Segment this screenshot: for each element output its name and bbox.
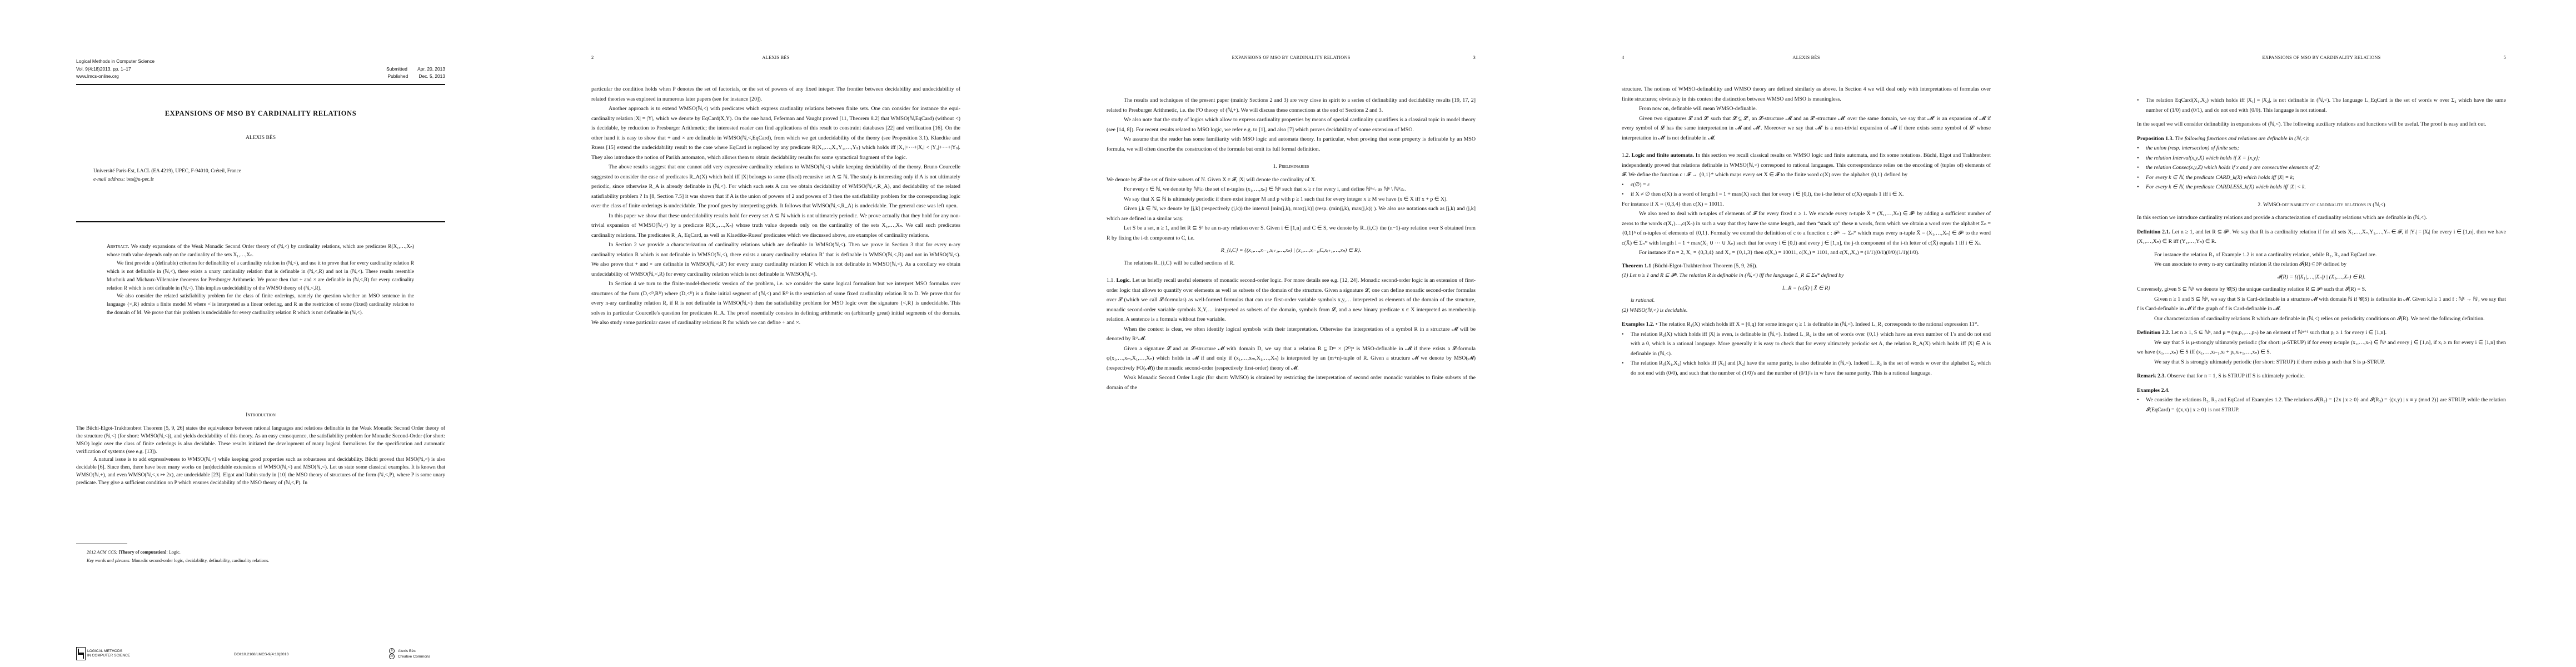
paragraph: We can associate to every n-ary cardinal… bbox=[2137, 260, 2506, 270]
logo-text-line1: LOGICAL METHODS bbox=[87, 649, 130, 654]
definition-text: Let n ≥ 1, S ⊆ ℕⁿ, and μ = (m,p₁,…,pₙ) b… bbox=[2171, 330, 2386, 336]
logo-text-line2: IN COMPUTER SCIENCE bbox=[87, 654, 130, 658]
paragraph: For instance if X = {0,3,4} then c(X) = … bbox=[1622, 200, 1991, 210]
paragraph: Our characterization of cardinality rela… bbox=[2137, 314, 2506, 324]
list-item: c(∅) = ε bbox=[1622, 180, 1991, 190]
paragraph: We denote by 𝓕 the set of finite subsets… bbox=[1107, 175, 1476, 185]
running-head-title: EXPANSIONS OF MSO BY CARDINALITY RELATIO… bbox=[1107, 55, 1476, 60]
lmcs-logo-icon bbox=[76, 647, 86, 660]
paragraph: structure. The notions of WMSO-definabil… bbox=[1622, 84, 1991, 104]
examples-label: Examples 2.4. bbox=[2137, 387, 2169, 394]
copyright-icon: © bbox=[389, 648, 395, 654]
running-head-title: ALEXIS BÈS bbox=[591, 55, 960, 60]
list-item: For every k ∈ ℕ, the predicate CARDLESS_… bbox=[2137, 182, 2506, 192]
body-text: The relation EqCard(X₁,X₂) which holds i… bbox=[2137, 96, 2506, 415]
body-text: Introduction The Büchi-Elgot-Trakhtenbro… bbox=[76, 411, 445, 487]
definition-text: Let n ≥ 1, and let R ⊆ 𝓕ⁿ. We say that R… bbox=[2137, 229, 2506, 245]
paper-title: EXPANSIONS OF MSO BY CARDINALITY RELATIO… bbox=[76, 109, 445, 118]
theorem: Theorem 1.1 (Büchi-Elgot-Trakhtenbrot Th… bbox=[1622, 261, 1991, 271]
remark: Remark 2.3. Observe that for n = 1, S is… bbox=[2137, 371, 2506, 381]
footnote-rule bbox=[76, 544, 127, 544]
paragraph: The above results suggest that one canno… bbox=[591, 162, 960, 211]
acm-value: : Logic. bbox=[166, 550, 180, 555]
theorem-item: is rational. bbox=[1622, 296, 1991, 306]
acm-value-bold: [Theory of computation] bbox=[118, 550, 166, 555]
page-4: 4 ALEXIS BÈS structure. The notions of W… bbox=[1546, 0, 2061, 667]
header-rule bbox=[76, 84, 445, 85]
remark-text: Observe that for n = 1, S is STRUP iff S… bbox=[2167, 373, 2305, 379]
doi[interactable]: DOI:10.2168/LMCS-9(4:18)2013 bbox=[234, 653, 288, 656]
list-item: For every k ∈ ℕ, the predicate CARD_k(X)… bbox=[2137, 173, 2506, 183]
examples: Examples 1.2. • The relation R₁(X) which… bbox=[1622, 320, 1991, 330]
example-item: The relation R₁(X) which holds iff X = [… bbox=[1659, 321, 1979, 327]
paragraph: From now on, definable will mean WMSO-de… bbox=[1622, 104, 1991, 114]
license[interactable]: Creative Commons bbox=[398, 655, 430, 659]
subsection-title: Logic. bbox=[1117, 277, 1131, 283]
definition: Definition 2.1. Let n ≥ 1, and let R ⊆ 𝓕… bbox=[2137, 227, 2506, 247]
section-heading: Introduction bbox=[76, 411, 445, 419]
abstract-paragraph: We study expansions of the Weak Monadic … bbox=[107, 244, 414, 258]
abstract-paragraph: We also consider the related satisfiabil… bbox=[107, 292, 414, 317]
paragraph: We also need to deal with n-tuples of el… bbox=[1622, 209, 1991, 248]
affiliation-rule bbox=[76, 221, 445, 222]
affiliation: Université Paris-Est, LACL (EA 4219), UP… bbox=[93, 167, 241, 175]
body-text: The results and techniques of the presen… bbox=[1107, 96, 1476, 392]
running-head-title: EXPANSIONS OF MSO BY CARDINALITY RELATIO… bbox=[2137, 55, 2506, 60]
definition-label: Definition 2.2. bbox=[2137, 330, 2170, 336]
list-item: the relation Interval(x,y,X) which holds… bbox=[2137, 153, 2506, 163]
paragraph: We say that S is strongly ultimately per… bbox=[2137, 357, 2506, 367]
paragraph: Let S be a set, n ≥ 1, and let R ⊆ Sⁿ be… bbox=[1107, 223, 1476, 243]
page-number: 5 bbox=[2504, 55, 2506, 60]
list-item: the union (resp. intersection) of finite… bbox=[2137, 143, 2506, 153]
page-3: EXPANSIONS OF MSO BY CARDINALITY RELATIO… bbox=[1030, 0, 1546, 667]
subsection-number: 1.2. bbox=[1622, 152, 1630, 158]
paragraph: We also note that the study of logics wh… bbox=[1107, 115, 1476, 135]
paragraph: particular the condition holds when P de… bbox=[591, 84, 960, 104]
section-heading: 2. WMSO-definability of cardinality rela… bbox=[2137, 200, 2506, 210]
paragraph: We say that X ⊆ ℕ is ultimately periodic… bbox=[1107, 195, 1476, 205]
journal-header: Logical Methods in Computer Science Vol.… bbox=[76, 58, 445, 81]
acm-label: 2012 ACM CCS: bbox=[87, 550, 117, 555]
definition: Definition 2.2. Let n ≥ 1, S ⊆ ℕⁿ, and μ… bbox=[2137, 328, 2506, 338]
paragraph: In Section 2 we provide a characterizati… bbox=[591, 240, 960, 279]
paragraph: In this section we introduce cardinality… bbox=[2137, 213, 2506, 223]
paragraph: Given j,k ∈ ℕ, we denote by [j,k] (respe… bbox=[1107, 204, 1476, 223]
proposition-text: The following functions and relations ar… bbox=[2175, 136, 2309, 142]
section-heading: 1. Preliminaries bbox=[1107, 162, 1476, 172]
submitted-date: Apr. 20, 2013 bbox=[417, 66, 445, 72]
published-label: Published bbox=[388, 73, 419, 81]
definition-label: Definition 2.1. bbox=[2137, 229, 2170, 235]
theorem-item: (2) WMSO(ℕ,<) is decidable. bbox=[1622, 306, 1991, 316]
subsection-number: 1.1. bbox=[1107, 277, 1115, 283]
lmcs-logo: LOGICAL METHODSIN COMPUTER SCIENCE bbox=[76, 647, 130, 660]
paragraph: A natural issue is to add expressiveness… bbox=[76, 456, 445, 487]
theorem-equation: L_R = {c(X̄) | X̄ ∈ R} bbox=[1622, 283, 1991, 293]
paragraph: We say that S is μ-strongly ultimately p… bbox=[2137, 338, 2506, 357]
proposition-label: Proposition 1.3. bbox=[2137, 136, 2174, 142]
page-5: EXPANSIONS OF MSO BY CARDINALITY RELATIO… bbox=[2061, 0, 2576, 667]
paragraph: In this paper we show that these undecid… bbox=[591, 211, 960, 241]
footnotes: 2012 ACM CCS: [Theory of computation]: L… bbox=[87, 549, 269, 565]
running-head-title: ALEXIS BÈS bbox=[1622, 55, 1991, 60]
published-date: Dec. 5, 2013 bbox=[419, 73, 446, 79]
subsection: 1.1. Logic. Let us briefly recall useful… bbox=[1107, 276, 1476, 325]
paragraph: The relations R_{i,C} will be called sec… bbox=[1107, 258, 1476, 268]
paragraph: Given n ≥ 1 and S ⊆ ℕⁿ, we say that S is… bbox=[2137, 295, 2506, 314]
copyright-holder: Alexis Bès bbox=[398, 649, 416, 653]
paragraph: Given a signature 𝓛 and an 𝓛-structure 𝓜… bbox=[1107, 344, 1476, 374]
keywords: Monadic second-order logic, decidability… bbox=[132, 558, 269, 563]
example-item: The relation R₃(X₁,X₂) which holds iff |… bbox=[1622, 359, 1991, 378]
body-text: particular the condition holds when P de… bbox=[591, 84, 960, 328]
affiliation-block: Université Paris-Est, LACL (EA 4219), UP… bbox=[93, 167, 241, 183]
paper-author: ALEXIS BÈS bbox=[76, 135, 445, 141]
list-item: the relation Consec(x,y,Z) which holds i… bbox=[2137, 163, 2506, 173]
abstract: Abstract. We study expansions of the Wea… bbox=[107, 243, 414, 317]
paragraph: Another approach is to extend WMSO(ℕ,<) … bbox=[591, 104, 960, 162]
page-1: Logical Methods in Computer Science Vol.… bbox=[0, 0, 515, 667]
theorem-label: Theorem 1.1 bbox=[1622, 263, 1651, 269]
paragraph: The results and techniques of the presen… bbox=[1107, 96, 1476, 115]
journal-dates: SubmittedApr. 20, 2013 PublishedDec. 5, … bbox=[386, 66, 445, 81]
abstract-label: Abstract. bbox=[107, 244, 129, 250]
copyright-block: ©Alexis Bès ccCreative Commons bbox=[389, 648, 430, 659]
remark-label: Remark 2.3. bbox=[2137, 373, 2166, 379]
paragraph: Conversely, given S ⊆ ℕⁿ we denote by 𝓒(… bbox=[2137, 285, 2506, 295]
paragraph: When the context is clear, we often iden… bbox=[1107, 325, 1476, 344]
paragraph: In the sequel we will consider definabil… bbox=[2137, 120, 2506, 130]
submitted-label: Submitted bbox=[386, 66, 417, 73]
paragraph: We assume that the reader has some famil… bbox=[1107, 135, 1476, 154]
creative-commons-icon: cc bbox=[389, 654, 395, 659]
page-2: 2 ALEXIS BÈS particular the condition ho… bbox=[515, 0, 1030, 667]
paragraph: Let us briefly recall useful elements of… bbox=[1107, 277, 1476, 322]
equation: R_{i,C} = {(x₁,…,xᵢ₋₁,xᵢ₊₁,…,xₙ) | (x₁,…… bbox=[1107, 246, 1476, 256]
subsection: 1.2. Logic and finite automata. In this … bbox=[1622, 151, 1991, 180]
example-item: The relation EqCard(X₁,X₂) which holds i… bbox=[2137, 96, 2506, 115]
abstract-paragraph: We first provide a (definable) criterion… bbox=[107, 260, 414, 293]
page-number: 3 bbox=[1473, 55, 1476, 60]
paragraph: Weak Monadic Second Order Logic (for sho… bbox=[1107, 373, 1476, 392]
example-item: The relation R₂(X) which holds iff |X| i… bbox=[1622, 330, 1991, 359]
paragraph: For instance the relation R₁ of Example … bbox=[2137, 250, 2506, 260]
journal-name: Logical Methods in Computer Science bbox=[76, 58, 445, 66]
theorem-item: (1) Let n ≥ 1 and R ⊆ 𝓕ⁿ. The relation R… bbox=[1622, 271, 1991, 281]
email-label: e-mail address: bbox=[93, 176, 125, 182]
theorem-note: (Büchi-Elgot-Trakhtenbrot Theorem [5, 9,… bbox=[1653, 263, 1757, 269]
example-item: We consider the relations R₂, R₃ and EqC… bbox=[2137, 395, 2506, 415]
keywords-label: Key words and phrases: bbox=[87, 558, 131, 563]
paragraph: For every r ∈ ℕ, we denote by ℕⁿ≥ᵣ the s… bbox=[1107, 185, 1476, 195]
proposition: Proposition 1.3. The following functions… bbox=[2137, 134, 2506, 144]
paragraph: For instance if n = 2, X₁ = {0,3,4} and … bbox=[1622, 248, 1991, 258]
list-item: if X ≠ ∅ then c(X) is a word of length l… bbox=[1622, 190, 1991, 200]
paragraph: The Büchi-Elgot-Trakhtenbrot Theorem [5,… bbox=[76, 425, 445, 456]
paragraph: Given two signatures 𝓛 and 𝓛′ such that … bbox=[1622, 114, 1991, 143]
body-text: structure. The notions of WMSO-definabil… bbox=[1622, 84, 1991, 378]
subsection-title: Logic and finite automata. bbox=[1632, 152, 1694, 158]
equation: 𝓘(R) = {(|X₁|,…,|Xₙ|) | (X₁,…,Xₙ) ∈ R}. bbox=[2137, 272, 2506, 282]
examples-label: Examples 1.2. bbox=[1622, 321, 1654, 327]
paragraph: In Section 4 we turn to the finite-model… bbox=[591, 279, 960, 328]
email[interactable]: bes@u-pec.fr bbox=[126, 176, 154, 182]
